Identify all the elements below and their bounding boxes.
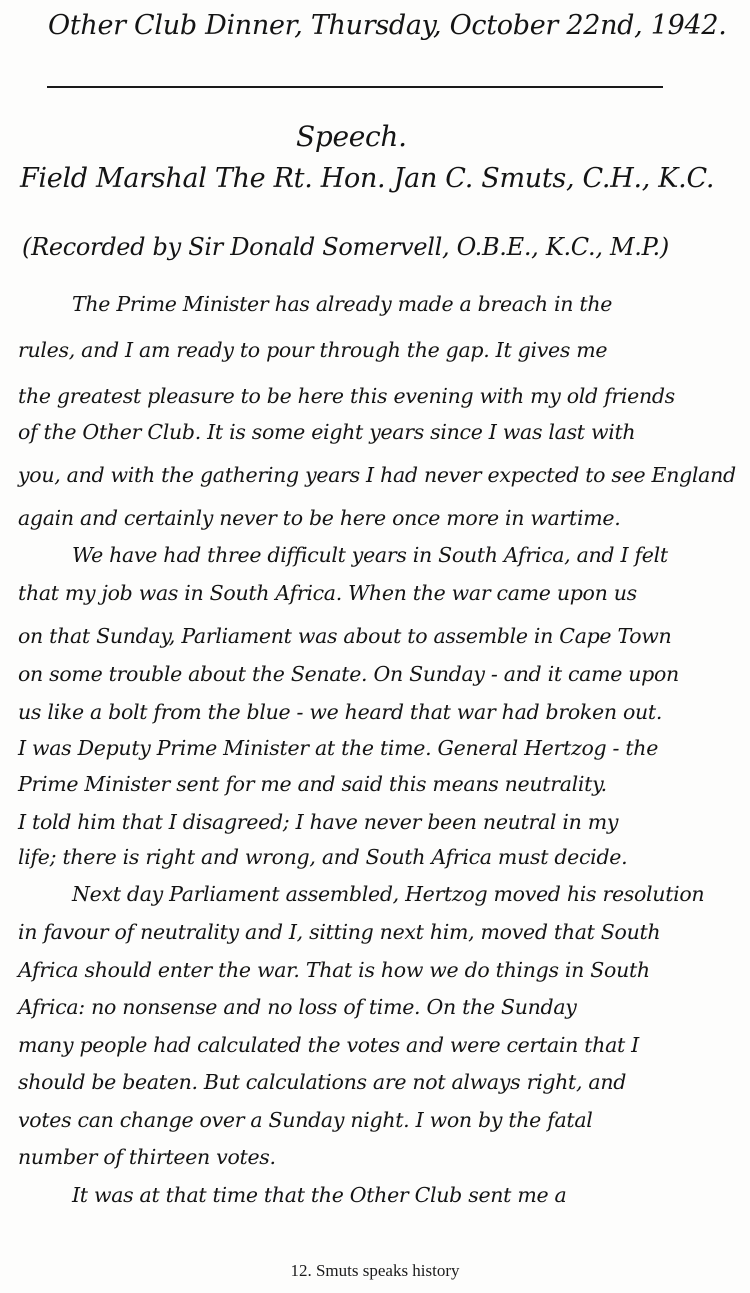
title-underline (47, 86, 663, 88)
body-line: Africa: no nonsense and no loss of time.… (18, 995, 577, 1019)
body-line: many people had calculated the votes and… (18, 1033, 639, 1057)
speaker-name: Field Marshal The Rt. Hon. Jan C. Smuts,… (20, 163, 714, 194)
body-line: of the Other Club. It is some eight year… (18, 420, 635, 444)
document-title: Other Club Dinner, Thursday, October 22n… (48, 10, 727, 41)
body-line: in favour of neutrality and I, sitting n… (18, 920, 660, 944)
body-line: us like a bolt from the blue - we heard … (18, 700, 662, 724)
body-line: number of thirteen votes. (18, 1145, 276, 1169)
body-line: you, and with the gathering years I had … (18, 463, 736, 487)
body-line: on that Sunday, Parliament was about to … (18, 624, 671, 648)
body-line: The Prime Minister has already made a br… (72, 292, 612, 316)
body-line: Africa should enter the war. That is how… (18, 958, 650, 982)
body-line: on some trouble about the Senate. On Sun… (18, 662, 679, 686)
body-line: votes can change over a Sunday night. I … (18, 1108, 593, 1132)
body-line: life; there is right and wrong, and Sout… (18, 845, 627, 869)
body-line: We have had three difficult years in Sou… (72, 543, 668, 567)
body-line: I told him that I disagreed; I have neve… (18, 810, 618, 834)
body-line: It was at that time that the Other Club … (72, 1183, 566, 1207)
document-page: Other Club Dinner, Thursday, October 22n… (0, 0, 750, 1293)
body-line: rules, and I am ready to pour through th… (18, 338, 607, 362)
body-line: that my job was in South Africa. When th… (18, 581, 637, 605)
body-line: Next day Parliament assembled, Hertzog m… (72, 882, 704, 906)
body-line: Prime Minister sent for me and said this… (18, 772, 607, 796)
body-line: the greatest pleasure to be here this ev… (18, 384, 675, 408)
body-line: again and certainly never to be here onc… (18, 506, 620, 530)
recorded-by-note: (Recorded by Sir Donald Somervell, O.B.E… (22, 233, 669, 261)
figure-caption: 12. Smuts speaks history (0, 1261, 750, 1281)
section-heading: Speech. (296, 120, 407, 153)
body-line: I was Deputy Prime Minister at the time.… (18, 736, 658, 760)
body-line: should be beaten. But calculations are n… (18, 1070, 626, 1094)
